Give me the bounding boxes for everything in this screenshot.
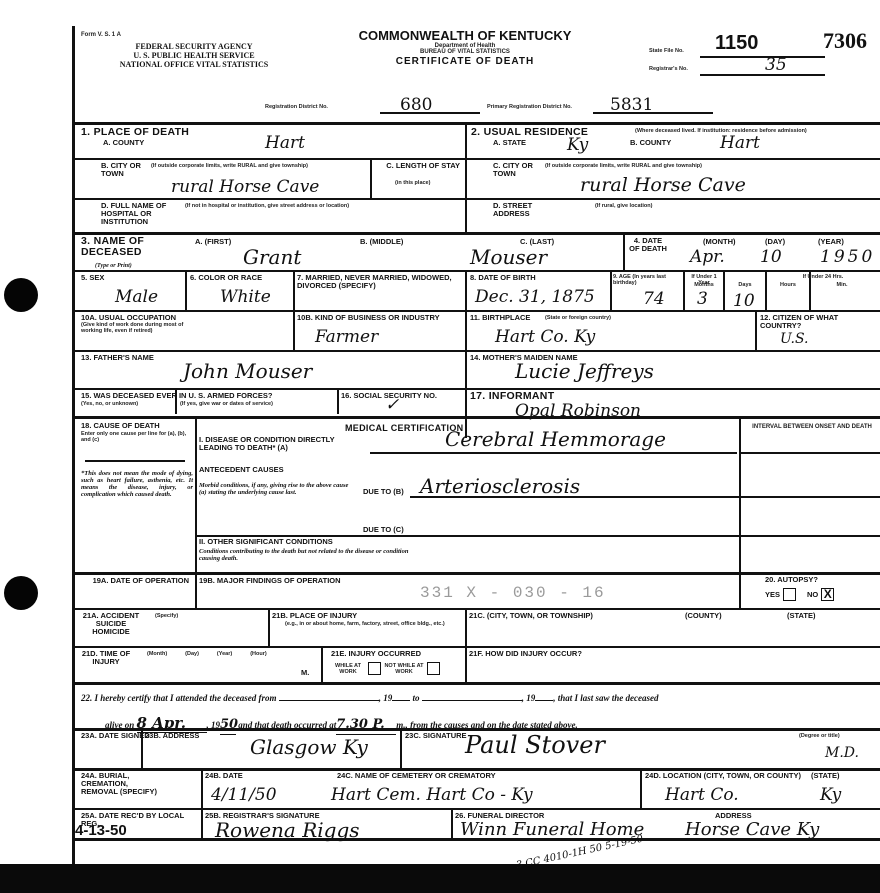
burial-date-label: 24b. DATE bbox=[205, 772, 243, 780]
other-conditions-note: Conditions contributing to the death but… bbox=[199, 548, 419, 562]
agency-line: U. S. PUBLIC HEALTH SERVICE bbox=[79, 51, 309, 60]
business-label: 10b. KIND OF BUSINESS OR INDUSTRY bbox=[297, 314, 462, 322]
autopsy-yes-checkbox[interactable] bbox=[783, 588, 796, 601]
cemetery-value: Hart Cem. Hart Co - Ky bbox=[331, 786, 533, 804]
last-name-value: Mouser bbox=[470, 248, 547, 266]
registrar-signature: Rowena Riggs bbox=[215, 821, 360, 839]
cert-text: , that I last saw the deceased bbox=[553, 693, 658, 703]
under-24-label: If Under 24 Hrs. bbox=[768, 274, 878, 280]
injury-occurred-label: 21e. INJURY OCCURRED bbox=[331, 650, 421, 658]
year-label: (Year) bbox=[818, 238, 844, 246]
address-label: 23b. ADDRESS bbox=[145, 732, 199, 740]
autopsy-label: 20. AUTOPSY? bbox=[765, 576, 818, 584]
armed-note-2: (If yes, give war or dates of service) bbox=[180, 401, 273, 407]
cert-line-1: 22. I hereby certify that I attended the… bbox=[81, 694, 658, 702]
cause-note: Enter only one cause per line for (a), (… bbox=[81, 431, 193, 443]
race-value: White bbox=[220, 288, 271, 306]
age-value: 74 bbox=[643, 290, 665, 308]
first-label: a. (First) bbox=[195, 238, 231, 246]
registrar-no-value: 35 bbox=[765, 56, 787, 74]
cemetery-label: 24c. NAME OF CEMETERY OR CREMATORY bbox=[337, 772, 496, 780]
name-label: 3. NAME OF DECEASED bbox=[81, 236, 151, 258]
primary-district-value: 5831 bbox=[610, 96, 653, 114]
name-note: (Type or Print) bbox=[95, 262, 132, 270]
res-city-note: (If outside corporate limits, write RURA… bbox=[545, 163, 702, 169]
time-col: (Hour) bbox=[250, 651, 267, 657]
disease-label: I. DISEASE OR CONDITION DIRECTLY LEADING… bbox=[199, 436, 369, 452]
injury-work-options: WHILE AT WORK NOT WHILE AT WORK bbox=[331, 662, 440, 675]
time-col: (Month) bbox=[147, 651, 167, 657]
injury-time-m: m. bbox=[301, 669, 309, 677]
reg-district-value: 680 bbox=[400, 96, 432, 114]
race-label: 6. COLOR OR RACE bbox=[190, 274, 262, 282]
dod-day: 10 bbox=[760, 248, 782, 266]
days-value: 10 bbox=[733, 292, 755, 310]
punch-hole-top bbox=[4, 278, 38, 312]
primary-district-label: Primary Registration District No. bbox=[487, 104, 572, 110]
res-state-label: a. STATE bbox=[493, 139, 526, 147]
burial-type-label: 24a. BURIAL, CREMATION, REMOVAL (Specify… bbox=[81, 772, 163, 796]
time-col: (Year) bbox=[217, 651, 232, 657]
injury-type-label: 21a. ACCIDENT SUICIDE HOMICIDE bbox=[81, 612, 141, 636]
father-value: John Mouser bbox=[183, 362, 312, 380]
registrar-no-label: Registrar's No. bbox=[649, 66, 688, 72]
cert-text: to bbox=[412, 693, 419, 703]
autopsy-options: YES NO X bbox=[765, 588, 834, 601]
stay-note: (in this place) bbox=[395, 180, 430, 186]
stay-label: c. LENGTH OF STAY bbox=[375, 162, 460, 170]
hospital-label: d. FULL NAME OF HOSPITAL OR INSTITUTION bbox=[101, 202, 181, 226]
op-findings-label: 19b. MAJOR FINDINGS OF OPERATION bbox=[199, 577, 341, 585]
death-time-value: 7.30 P. bbox=[336, 716, 396, 735]
antecedent-label: ANTECEDENT CAUSES bbox=[199, 466, 284, 474]
title-block: COMMONWEALTH OF KENTUCKY Department of H… bbox=[315, 28, 615, 68]
months-label: Months bbox=[686, 282, 722, 288]
not-while-work-label: NOT WHILE AT WORK bbox=[384, 663, 424, 675]
injury-place-note: (e.g., in or about home, farm, factory, … bbox=[285, 621, 463, 627]
autopsy-no-checkbox[interactable]: X bbox=[821, 588, 834, 601]
agency-block: FEDERAL SECURITY AGENCY U. S. PUBLIC HEA… bbox=[79, 42, 309, 69]
injury-city-label: 21c. (CITY, TOWN, OR TOWNSHIP) bbox=[469, 612, 593, 620]
agency-line: NATIONAL OFFICE VITAL STATISTICS bbox=[79, 60, 309, 69]
scan-edge bbox=[0, 864, 880, 893]
cause-footnote: *This does not mean the mode of dying, s… bbox=[81, 470, 193, 498]
res-city-label: c. CITY OR TOWN bbox=[493, 162, 539, 178]
degree-value: M.D. bbox=[825, 744, 859, 762]
due-b-value: Arteriosclerosis bbox=[420, 477, 580, 495]
street-note: (If rural, give location) bbox=[595, 203, 652, 209]
ss-value: ✓ bbox=[385, 396, 399, 414]
state-file-extra: 7306 bbox=[823, 32, 867, 50]
ss-label: 16. SOCIAL SECURITY NO. bbox=[341, 392, 461, 400]
place-of-death-label: 1. PLACE OF DEATH bbox=[81, 127, 189, 138]
reg-district-label: Registration District No. bbox=[265, 104, 328, 110]
street-label: d. STREET ADDRESS bbox=[493, 202, 543, 218]
month-label: (Month) bbox=[703, 238, 736, 246]
birthplace-label: 11. BIRTHPLACE bbox=[470, 314, 530, 322]
injury-time-label: 21d. TIME OF INJURY bbox=[81, 650, 131, 666]
burial-state-label: (State) bbox=[811, 772, 839, 780]
armed-note-1: (Yes, no, or unknown) bbox=[81, 401, 138, 407]
burial-state-value: Ky bbox=[820, 786, 841, 804]
res-county-value: Hart bbox=[720, 134, 760, 152]
time-col: (Day) bbox=[185, 651, 199, 657]
city-value: rural Horse Cave bbox=[171, 178, 319, 196]
agency-line: FEDERAL SECURITY AGENCY bbox=[79, 42, 309, 51]
cert-text: , 19 bbox=[522, 693, 536, 703]
sex-value: Male bbox=[115, 288, 158, 306]
occupation-note: (Give kind of work done during most of w… bbox=[81, 322, 201, 334]
middle-label: b. (Middle) bbox=[360, 238, 403, 246]
county-value: Hart bbox=[265, 134, 305, 152]
injury-place-label: 21b. PLACE OF INJURY bbox=[272, 612, 462, 620]
form-id: Form V. S. 1 A bbox=[81, 32, 121, 38]
last-seen-year: 50 bbox=[220, 716, 236, 735]
birthplace-value: Hart Co. Ky bbox=[495, 328, 595, 346]
other-conditions-label: II. OTHER SIGNIFICANT CONDITIONS bbox=[199, 538, 333, 546]
injury-state-label: (STATE) bbox=[787, 612, 815, 620]
file-stamp: 331 X - 030 - 16 bbox=[420, 584, 606, 602]
min-label: Min. bbox=[812, 282, 872, 288]
city-label: b. CITY OR TOWN bbox=[101, 162, 147, 178]
hours-label: Hours bbox=[768, 282, 808, 288]
business-value: Farmer bbox=[315, 328, 378, 346]
injury-how-label: 21f. HOW DID INJURY OCCUR? bbox=[469, 650, 582, 658]
months-value: 3 bbox=[697, 290, 708, 308]
dod-month: Apr. bbox=[690, 248, 725, 266]
autopsy-no-label: NO bbox=[807, 591, 818, 599]
certificate-title: CERTIFICATE OF DEATH bbox=[315, 55, 615, 68]
antecedent-note: Morbid conditions, if any, giving rise t… bbox=[199, 482, 354, 496]
disease-value: Cerebral Hemmorage bbox=[445, 430, 666, 448]
mother-value: Lucie Jeffreys bbox=[515, 362, 654, 380]
state-file-value: 1150 bbox=[715, 34, 758, 52]
dod-year: 1950 bbox=[820, 248, 875, 266]
marital-label: 7. MARRIED, NEVER MARRIED, WIDOWED, DIVO… bbox=[297, 274, 462, 290]
punch-hole-bottom bbox=[4, 576, 38, 610]
city-note: (If outside corporate limits, write RURA… bbox=[151, 163, 351, 169]
due-c-label: DUE TO (c) bbox=[363, 526, 404, 534]
burial-location-label: 24d. LOCATION (City, town, or county) bbox=[645, 772, 801, 780]
injury-type-note: (Specify) bbox=[155, 613, 178, 619]
cert-text: 22. I hereby certify that I attended the… bbox=[81, 693, 276, 703]
cause-label: 18. CAUSE OF DEATH bbox=[81, 422, 160, 430]
county-label: a. COUNTY bbox=[103, 139, 144, 147]
date-signed-label: 23a. DATE SIGNED bbox=[81, 732, 150, 740]
res-county-label: b. COUNTY bbox=[630, 139, 671, 147]
dod-label: 4. DATE OF DEATH bbox=[628, 237, 668, 253]
document-title: COMMONWEALTH OF KENTUCKY bbox=[315, 28, 615, 43]
signature-label: 23c. SIGNATURE bbox=[405, 732, 467, 740]
hospital-note: (If not in hospital or institution, give… bbox=[185, 203, 455, 209]
days-label: Days bbox=[726, 282, 764, 288]
while-work-checkbox[interactable] bbox=[368, 662, 381, 675]
due-b-label: DUE TO (b) bbox=[363, 488, 404, 496]
injury-county-label: (COUNTY) bbox=[685, 612, 722, 620]
not-while-work-checkbox[interactable] bbox=[427, 662, 440, 675]
dob-label: 8. DATE OF BIRTH bbox=[470, 274, 536, 282]
sex-label: 5. SEX bbox=[81, 274, 104, 282]
citizen-value: U.S. bbox=[780, 330, 809, 348]
day-label: (Day) bbox=[765, 238, 785, 246]
burial-location-value: Hart Co. bbox=[665, 786, 739, 804]
interval-label: INTERVAL BETWEEN ONSET AND DEATH bbox=[745, 424, 879, 430]
dob-value: Dec. 31, 1875 bbox=[475, 288, 595, 306]
first-name-value: Grant bbox=[243, 248, 301, 266]
op-date-label: 19a. DATE OF OPERATION bbox=[81, 577, 189, 585]
father-label: 13. FATHER'S NAME bbox=[81, 354, 154, 362]
death-certificate: Form V. S. 1 A FEDERAL SECURITY AGENCY U… bbox=[72, 26, 880, 864]
injury-time-cols: (Month) (Day) (Year) (Hour) bbox=[147, 651, 267, 657]
physician-signature: Paul Stover bbox=[465, 736, 605, 754]
director-address-value: Horse Cave Ky bbox=[685, 821, 819, 839]
while-work-label: WHILE AT WORK bbox=[331, 663, 365, 675]
burial-date-value: 4/11/50 bbox=[211, 786, 277, 804]
occupation-label: 10a. USUAL OCCUPATION bbox=[81, 314, 176, 322]
state-file-label: State File No. bbox=[649, 48, 684, 54]
cert-text: , 19 bbox=[379, 693, 393, 703]
cert-address-value: Glasgow Ky bbox=[250, 738, 368, 756]
res-city-value: rural Horse Cave bbox=[580, 176, 746, 194]
res-state-value: Ky bbox=[567, 136, 588, 154]
degree-label: (Degree or title) bbox=[799, 733, 840, 739]
age-label: 9. AGE (In years last birthday) bbox=[613, 274, 683, 286]
autopsy-yes-label: YES bbox=[765, 591, 780, 599]
citizen-label: 12. CITIZEN OF WHAT COUNTRY? bbox=[760, 314, 875, 330]
birthplace-note: (State or foreign country) bbox=[545, 315, 611, 321]
